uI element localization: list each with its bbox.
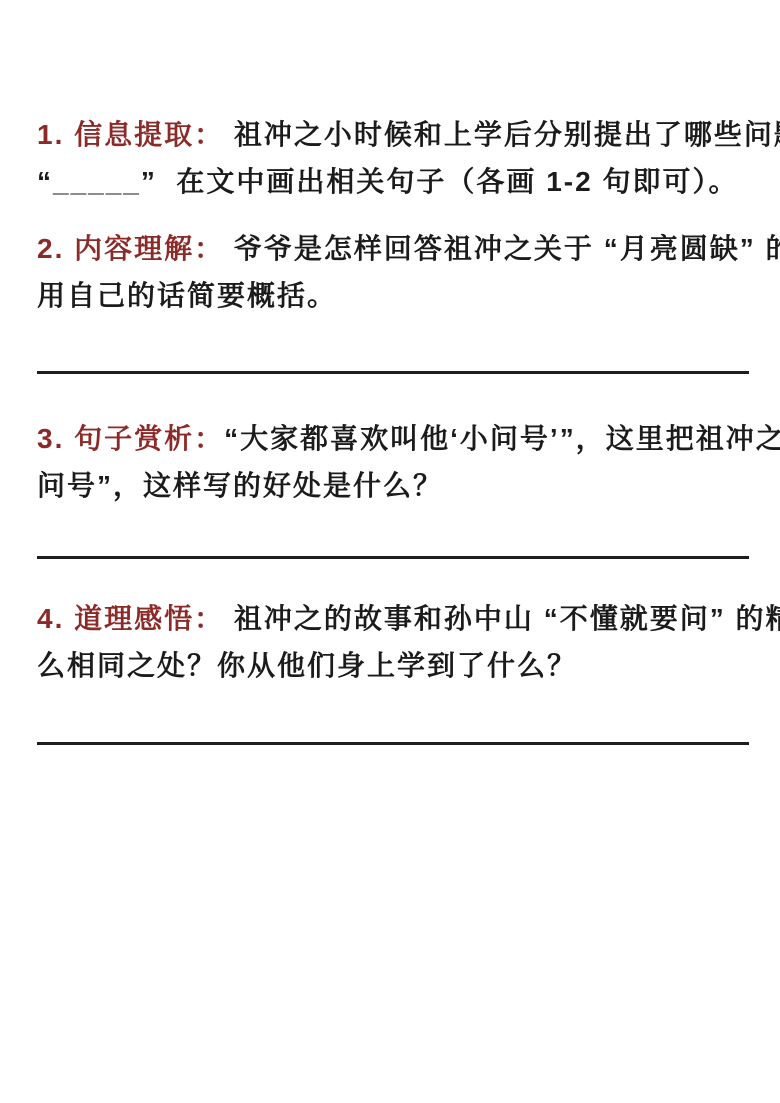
question-2-heading: 2. 内容理解： (37, 233, 224, 264)
question-3: 3. 句子赏析：“大家都喜欢叫他‘小问号’”，这里把祖冲之比作“小 问号”，这样… (37, 415, 749, 509)
question-2-text-line2: 用自己的话简要概括。 (37, 272, 749, 319)
question-4-text-line1: 祖冲之的故事和孙中山 “不懂就要问” 的精神有什 (224, 603, 780, 634)
question-3-text-line2: 问号”，这样写的好处是什么？ (37, 462, 749, 509)
question-2: 2. 内容理解： 爷爷是怎样回答祖冲之关于 “月亮圆缺” 的问题的？ 用自己的话… (37, 225, 749, 319)
question-4-text-line2: 么相同之处？你从他们身上学到了什么？ (37, 642, 749, 689)
worksheet-page: 1. 信息提取： 祖冲之小时候和上学后分别提出了哪些问题？请用 “_____” … (0, 0, 780, 1103)
question-3-heading: 3. 句子赏析： (37, 423, 224, 454)
question-4-heading: 4. 道理感悟： (37, 603, 224, 634)
answer-line-2 (37, 556, 749, 559)
question-2-text-line1: 爷爷是怎样回答祖冲之关于 “月亮圆缺” 的问题的？ (224, 233, 780, 264)
question-1-first-line: 1. 信息提取： 祖冲之小时候和上学后分别提出了哪些问题？请用 (37, 111, 749, 158)
question-4-first-line: 4. 道理感悟： 祖冲之的故事和孙中山 “不懂就要问” 的精神有什 (37, 595, 749, 642)
question-2-first-line: 2. 内容理解： 爷爷是怎样回答祖冲之关于 “月亮圆缺” 的问题的？ (37, 225, 749, 272)
answer-line-3 (37, 742, 749, 745)
question-3-first-line: 3. 句子赏析：“大家都喜欢叫他‘小问号’”，这里把祖冲之比作“小 (37, 415, 749, 462)
question-4: 4. 道理感悟： 祖冲之的故事和孙中山 “不懂就要问” 的精神有什 么相同之处？… (37, 595, 749, 689)
answer-line-1 (37, 371, 749, 374)
question-3-text-line1: “大家都喜欢叫他‘小问号’”，这里把祖冲之比作“小 (224, 423, 780, 454)
question-1: 1. 信息提取： 祖冲之小时候和上学后分别提出了哪些问题？请用 “_____” … (37, 111, 749, 205)
question-1-heading: 1. 信息提取： (37, 119, 224, 150)
question-1-text-line2: “_____” 在文中画出相关句子（各画 1-2 句即可）。 (37, 158, 749, 205)
question-1-text-line1: 祖冲之小时候和上学后分别提出了哪些问题？请用 (224, 119, 780, 150)
